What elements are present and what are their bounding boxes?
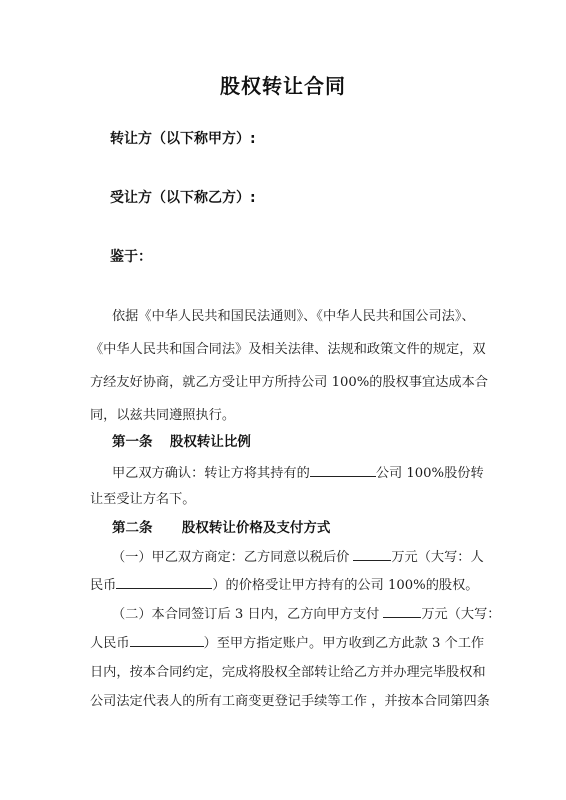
article-1-text-a: 甲乙双方确认：转让方将其持有的 xyxy=(112,466,310,481)
document-title: 股权转让合同 xyxy=(0,70,566,99)
clause-1-text-a: （一）甲乙双方商定：乙方同意以税后价 xyxy=(112,550,349,565)
price-amount-blank[interactable] xyxy=(353,547,391,561)
transferee-label: 受让方（以下称乙方）: xyxy=(110,187,256,207)
clause-2-text-d: ）至甲方指定账户。甲方收到乙方此款 3 个工作 xyxy=(204,636,485,651)
company-name-blank[interactable] xyxy=(310,463,376,477)
clause-1-text-b: 万元（大写：人 xyxy=(391,550,483,565)
clause-2-text-a: （二）本合同签订后 3 日内，乙方向甲方支付 xyxy=(112,607,379,622)
preamble-line-4: 同，以兹共同遵照执行。 xyxy=(90,404,490,423)
clause-2-text-c: 人民币 xyxy=(90,636,130,651)
article-1-heading: 第一条 股权转让比例 xyxy=(112,430,251,450)
article-2-clause-2-line-3: 日内，按本合同约定，完成将股权全部转让给乙方并办理完毕股权和 xyxy=(90,661,490,680)
clause-1-text-c: 民币 xyxy=(90,578,116,593)
article-2-clause-1-line-2: 民币）的价格受让甲方持有的公司 100%的股权。 xyxy=(90,574,490,593)
article-2-clause-2-line-2: 人民币）至甲方指定账户。甲方收到乙方此款 3 个工作 xyxy=(90,632,490,651)
preamble-line-2: 《中华人民共和国合同法》及相关法律、法规和政策文件的规定，双 xyxy=(90,338,490,357)
clause-2-text-b: 万元（大写： xyxy=(421,607,500,622)
payment-uppercase-blank[interactable] xyxy=(130,633,204,647)
article-2-clause-1-line-1: （一）甲乙双方商定：乙方同意以税后价万元（大写：人 xyxy=(112,546,512,565)
article-1-title: 股权转让比例 xyxy=(170,434,251,450)
preamble-line-1: 依据《中华人民共和国民法通则》、《中华人民共和国公司法》、 xyxy=(112,305,512,324)
article-2-heading: 第二条 股权转让价格及支付方式 xyxy=(112,516,330,536)
article-1-line-1: 甲乙双方确认：转让方将其持有的公司 100%股份转 xyxy=(112,462,512,481)
payment-amount-blank[interactable] xyxy=(383,604,421,618)
article-1-number: 第一条 xyxy=(112,434,153,450)
document-page: 股权转让合同 转让方（以下称甲方）: 受让方（以下称乙方）: 鉴于： 依据《中华… xyxy=(0,0,566,800)
whereas-label: 鉴于： xyxy=(110,246,152,266)
article-2-clause-2-line-4: 公司法定代表人的所有工商变更登记手续等工作 ，并按本合同第四条 xyxy=(90,690,490,709)
article-1-text-b: 公司 100%股份转 xyxy=(376,466,484,481)
article-2-title: 股权转让价格及支付方式 xyxy=(182,520,331,536)
transferor-label: 转让方（以下称甲方）: xyxy=(110,128,256,148)
clause-1-text-d: ）的价格受让甲方持有的公司 100%的股权。 xyxy=(212,578,478,593)
article-1-line-2: 让至受让方名下。 xyxy=(90,488,490,507)
preamble-line-3: 方经友好协商，就乙方受让甲方所持公司 100%的股权事宜达成本合 xyxy=(90,371,490,390)
price-uppercase-blank[interactable] xyxy=(116,575,212,589)
article-2-clause-2-line-1: （二）本合同签订后 3 日内，乙方向甲方支付万元（大写： xyxy=(112,603,512,622)
article-2-number: 第二条 xyxy=(112,520,153,536)
